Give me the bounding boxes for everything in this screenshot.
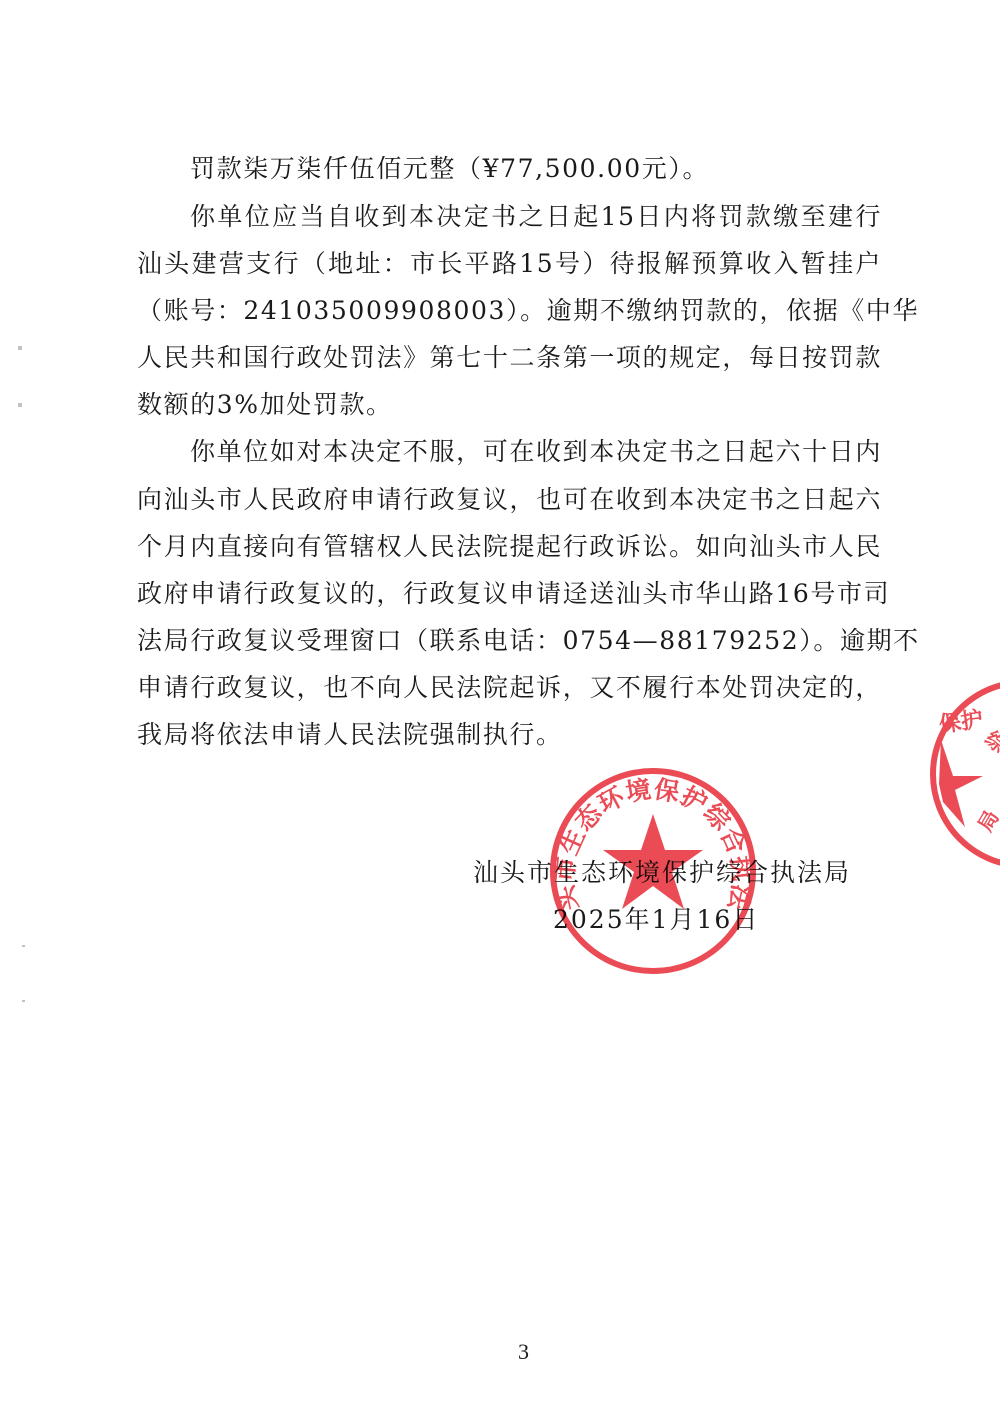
body-line: 人民共和国行政处罚法》第七十二条第一项的规定，每日按罚款	[137, 343, 882, 373]
body-line: 法局行政复议受理窗口（联系电话：0754—88179252）。逾期不	[137, 626, 882, 656]
body-line: 个月内直接向有管辖权人民法院提起行政诉讼。如向汕头市人民	[137, 532, 882, 562]
scan-mark	[22, 945, 25, 947]
body-line: 你单位如对本决定不服，可在收到本决定书之日起六十日内	[190, 437, 882, 467]
official-seal: 汕头市生态环境保护综合执法局	[548, 766, 758, 976]
scan-mark	[18, 346, 22, 350]
body-line: 汕头建营支行（地址：市长平路15号）待报解预算收入暂挂户	[137, 249, 882, 279]
svg-text:保护: 保护	[937, 706, 984, 738]
scan-mark	[22, 1000, 25, 1002]
body-line: 我局将依法申请人民法院强制执行。	[137, 720, 882, 750]
body-line: 向汕头市人民政府申请行政复议，也可在收到本决定书之日起六	[137, 485, 882, 515]
body-line: 政府申请行政复议的，行政复议申请迳送汕头市华山路16号市司	[137, 579, 882, 609]
star-icon	[939, 740, 983, 827]
star-icon	[603, 814, 703, 909]
body-line: 你单位应当自收到本决定书之日起15日内将罚款缴至建行	[190, 202, 882, 232]
body-line: （账号：241035009908003）。逾期不缴纳罚款的，依据《中华	[137, 296, 882, 326]
document-page: 罚款柒万柒仟伍佰元整（¥77,500.00元）。 你单位应当自收到本决定书之日起…	[0, 0, 1000, 1414]
body-line: 罚款柒万柒仟伍佰元整（¥77,500.00元）。	[190, 154, 882, 184]
body-line: 数额的3%加处罚款。	[137, 390, 882, 420]
page-number: 3	[518, 1339, 529, 1365]
body-line: 申请行政复议，也不向人民法院起诉，又不履行本处罚决定的，	[137, 673, 882, 703]
svg-text:局: 局	[973, 806, 1000, 835]
partial-seal: 保护 综 局	[925, 672, 1000, 882]
scan-mark	[18, 403, 22, 407]
